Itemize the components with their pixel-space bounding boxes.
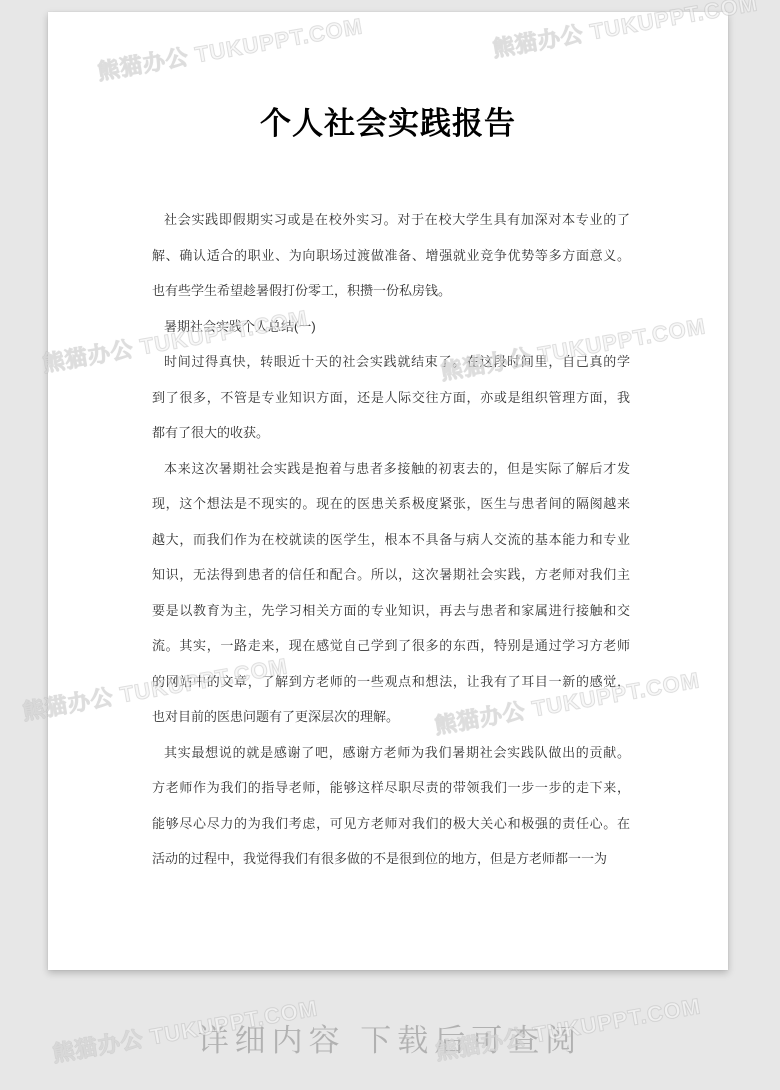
document-text-line: 都有了很大的收获。 — [152, 415, 630, 451]
document-text-line: 活动的过程中，我觉得我们有很多做的不是很到位的地方，但是方老师都一一为 — [152, 841, 630, 877]
document-text-line: 暑期社会实践个人总结(一) — [152, 309, 630, 345]
document-text-line: 也对目前的医患问题有了更深层次的理解。 — [152, 699, 630, 735]
document-text-line: 能够尽心尽力的为我们考虑，可见方老师对我们的极大关心和极强的责任心。在 — [152, 806, 630, 842]
document-text-line: 的网站中的文章，了解到方老师的一些观点和想法，让我有了耳目一新的感觉， — [152, 664, 630, 700]
document-text-line: 本来这次暑期社会实践是抱着与患者多接触的初衷去的，但是实际了解后才发 — [152, 451, 630, 487]
document-text-line: 时间过得真快，转眼近十天的社会实践就结束了。在这段时间里，自己真的学 — [152, 344, 630, 380]
document-text-line: 社会实践即假期实习或是在校外实习。对于在校大学生具有加深对本专业的了 — [152, 202, 630, 238]
download-notice: 详细内容 下载后可查阅 — [0, 1022, 780, 1060]
document-text-line: 到了很多，不管是专业知识方面，还是人际交往方面，亦或是组织管理方面，我 — [152, 380, 630, 416]
document-text-line: 要是以教育为主，先学习相关方面的专业知识，再去与患者和家属进行接触和交 — [152, 593, 630, 629]
document-text-line: 越大，而我们作为在校就读的医学生，根本不具备与病人交流的基本能力和专业 — [152, 522, 630, 558]
document-text-line: 流。其实，一路走来，现在感觉自己学到了很多的东西，特别是通过学习方老师 — [152, 628, 630, 664]
document-title: 个人社会实践报告 — [48, 104, 728, 144]
document-text-line: 知识，无法得到患者的信任和配合。所以，这次暑期社会实践，方老师对我们主 — [152, 557, 630, 593]
preview-background: 个人社会实践报告 社会实践即假期实习或是在校外实习。对于在校大学生具有加深对本专… — [0, 0, 780, 1090]
document-text-line: 现，这个想法是不现实的。现在的医患关系极度紧张，医生与患者间的隔阂越来 — [152, 486, 630, 522]
document-page: 个人社会实践报告 社会实践即假期实习或是在校外实习。对于在校大学生具有加深对本专… — [48, 12, 728, 970]
document-text-line: 解、确认适合的职业、为向职场过渡做准备、增强就业竞争优势等多方面意义。 — [152, 238, 630, 274]
document-text-line: 方老师作为我们的指导老师，能够这样尽职尽责的带领我们一步一步的走下来， — [152, 770, 630, 806]
document-text-line: 其实最想说的就是感谢了吧，感谢方老师为我们暑期社会实践队做出的贡献。 — [152, 735, 630, 771]
document-body: 社会实践即假期实习或是在校外实习。对于在校大学生具有加深对本专业的了解、确认适合… — [152, 202, 630, 877]
document-text-line: 也有些学生希望趁暑假打份零工，积攒一份私房钱。 — [152, 273, 630, 309]
